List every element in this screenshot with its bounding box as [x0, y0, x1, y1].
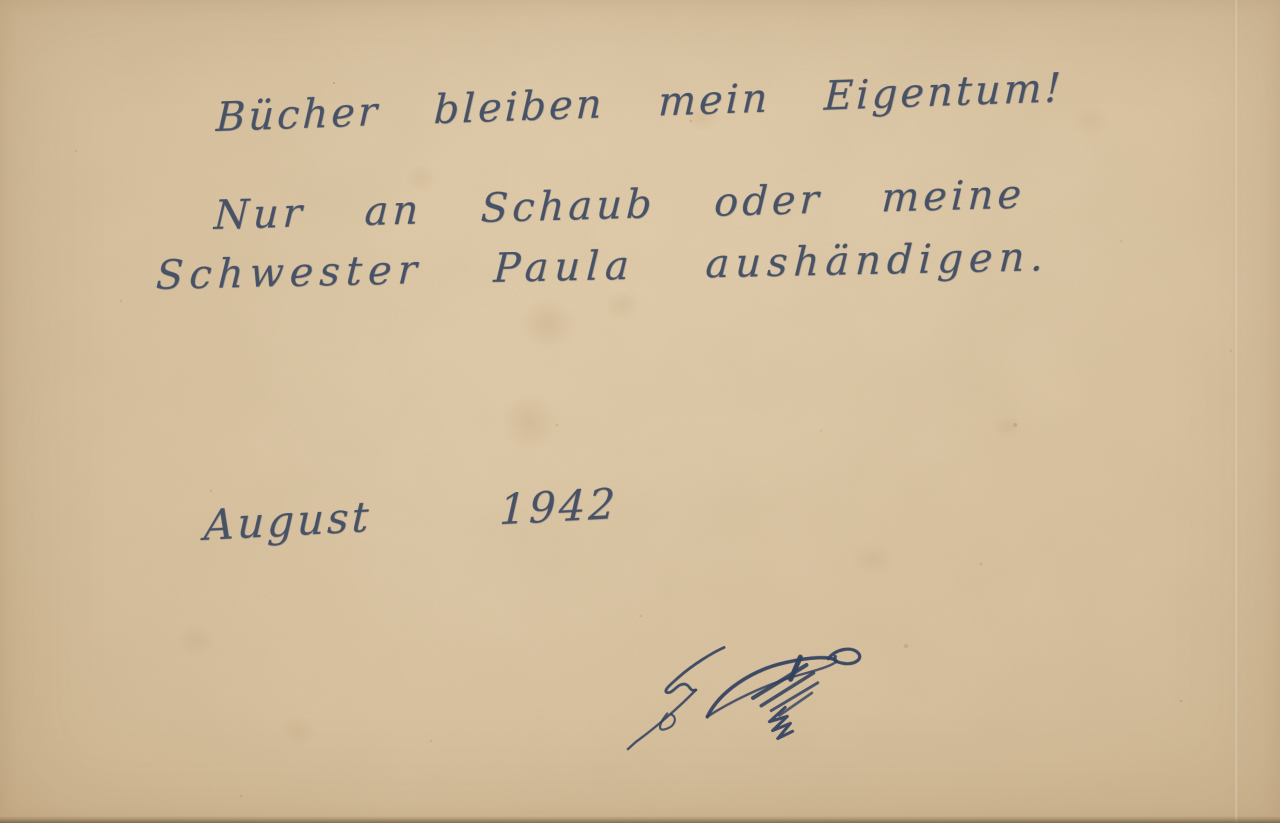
handwriting-line-instruction-1: Nur an Schaub oder meine: [213, 172, 1026, 239]
foxing-stain: [1062, 96, 1120, 146]
date-year: 1942: [498, 479, 618, 534]
paper-bottom-edge: [0, 816, 1280, 823]
paper-specks: [333, 82, 335, 84]
date-month: August: [203, 492, 372, 550]
foxing-stain: [840, 532, 906, 586]
foxing-stain: [490, 380, 568, 464]
foxing-stain: [985, 408, 1029, 446]
aged-paper-sheet: Bücher bleiben mein Eigentum! Nur an Sch…: [0, 0, 1280, 823]
vertical-crease: [1234, 0, 1238, 823]
signature-icon: [594, 629, 906, 764]
foxing-stain: [168, 616, 224, 664]
handwriting-date-line: August1942: [203, 479, 619, 550]
foxing-stain: [505, 288, 591, 358]
handwriting-line-instruction-2: Schwester Paula aushändigen.: [155, 234, 1050, 299]
handwriting-line-ownership: Bücher bleiben mein Eigentum!: [215, 65, 1064, 141]
foxing-stain: [272, 708, 324, 754]
